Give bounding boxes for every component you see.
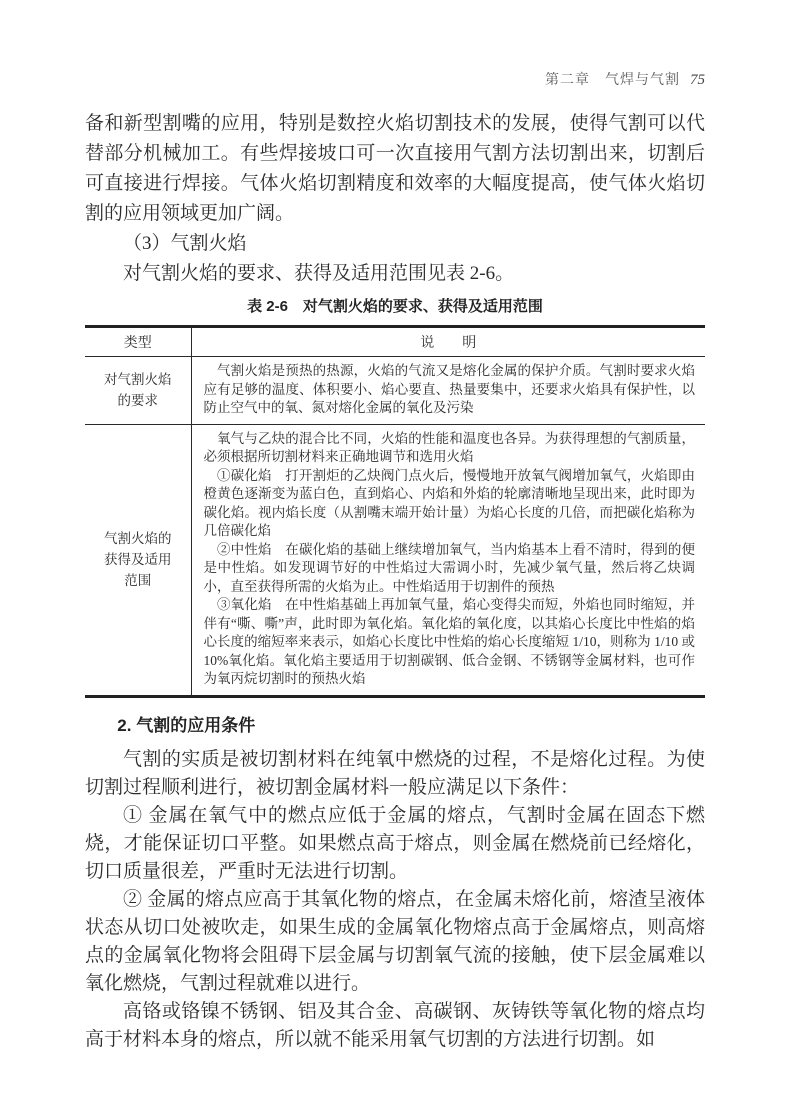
section-paragraph: 气割的实质是被切割材料在纯氧中燃烧的过程，不是熔化过程。为使切割过程顺利进行，被…	[85, 746, 705, 802]
row-type-label: 对气割火焰的要求	[104, 369, 172, 411]
table-paragraph: ①碳化焰 打开割炬的乙炔阀门点火后，慢慢地开放氧气阀增加氧气，火焰即由橙黄色逐渐…	[204, 467, 696, 541]
section-body: 气割的实质是被切割材料在纯氧中燃烧的过程，不是熔化过程。为使切割过程顺利进行，被…	[85, 746, 705, 1054]
table-header-description: 说 明	[191, 327, 705, 357]
flame-requirements-table: 类型 说 明 对气割火焰的要求 气割火焰是预热的热源，火焰的气流又是熔化金属的保…	[85, 325, 705, 698]
table-paragraph: 气割火焰是预热的热源，火焰的气流又是熔化金属的保护介质。气割时要求火焰应有足够的…	[204, 362, 696, 418]
item-lead: 对气割火焰的要求、获得及适用范围见表 2-6。	[85, 259, 705, 289]
chapter-title: 第二章 气焊与气割	[545, 71, 680, 87]
page-number: 75	[690, 72, 705, 88]
document-page: 第二章 气焊与气割75 备和新型割嘴的应用，特别是数控火焰切割技术的发展，使得气…	[0, 0, 790, 1107]
table-row: 气割火焰的获得及适用范围 氧气与乙炔的混合比不同，火焰的性能和温度也各异。为获得…	[85, 424, 705, 696]
row-type-cell: 气割火焰的获得及适用范围	[85, 424, 191, 696]
section-paragraph: ① 金属在氧气中的燃点应低于金属的熔点，气割时金属在固态下燃烧，才能保证切口平整…	[85, 802, 705, 886]
continued-paragraph: 备和新型割嘴的应用，特别是数控火焰切割技术的发展，使得气割可以代替部分机械加工。…	[85, 109, 705, 229]
section-paragraph: 高铬或铬镍不锈钢、铝及其合金、高碳钢、灰铸铁等氧化物的熔点均高于材料本身的熔点，…	[85, 998, 705, 1054]
table-paragraph: ③氧化焰 在中性焰基础上再加氧气量，焰心变得尖而短，外焰也同时缩短，并伴有“嘶、…	[204, 596, 696, 689]
table-paragraph: ②中性焰 在碳化焰的基础上继续增加氧气，当内焰基本上看不清时，得到的便是中性焰。…	[204, 541, 696, 597]
item-heading: （3）气割火焰	[85, 229, 705, 259]
row-type-cell: 对气割火焰的要求	[85, 357, 191, 425]
row-description-cell: 氧气与乙炔的混合比不同，火焰的性能和温度也各异。为获得理想的气割质量，必须根据所…	[191, 424, 705, 696]
row-type-label: 气割火焰的获得及适用范围	[104, 528, 172, 591]
section-heading: 2. 气割的应用条件	[85, 714, 705, 738]
row-description-cell: 气割火焰是预热的热源，火焰的气流又是熔化金属的保护介质。气割时要求火焰应有足够的…	[191, 357, 705, 425]
table-row: 对气割火焰的要求 气割火焰是预热的热源，火焰的气流又是熔化金属的保护介质。气割时…	[85, 357, 705, 425]
table-paragraph: 氧气与乙炔的混合比不同，火焰的性能和温度也各异。为获得理想的气割质量，必须根据所…	[204, 430, 696, 467]
running-header: 第二章 气焊与气割75	[85, 70, 705, 89]
section-paragraph: ② 金属的熔点应高于其氧化物的熔点，在金属未熔化前，熔渣呈液体状态从切口处被吹走…	[85, 886, 705, 998]
table-caption: 表 2-6 对气割火焰的要求、获得及适用范围	[85, 297, 705, 317]
table-header-type: 类型	[85, 327, 191, 357]
table-header-row: 类型 说 明	[85, 327, 705, 357]
